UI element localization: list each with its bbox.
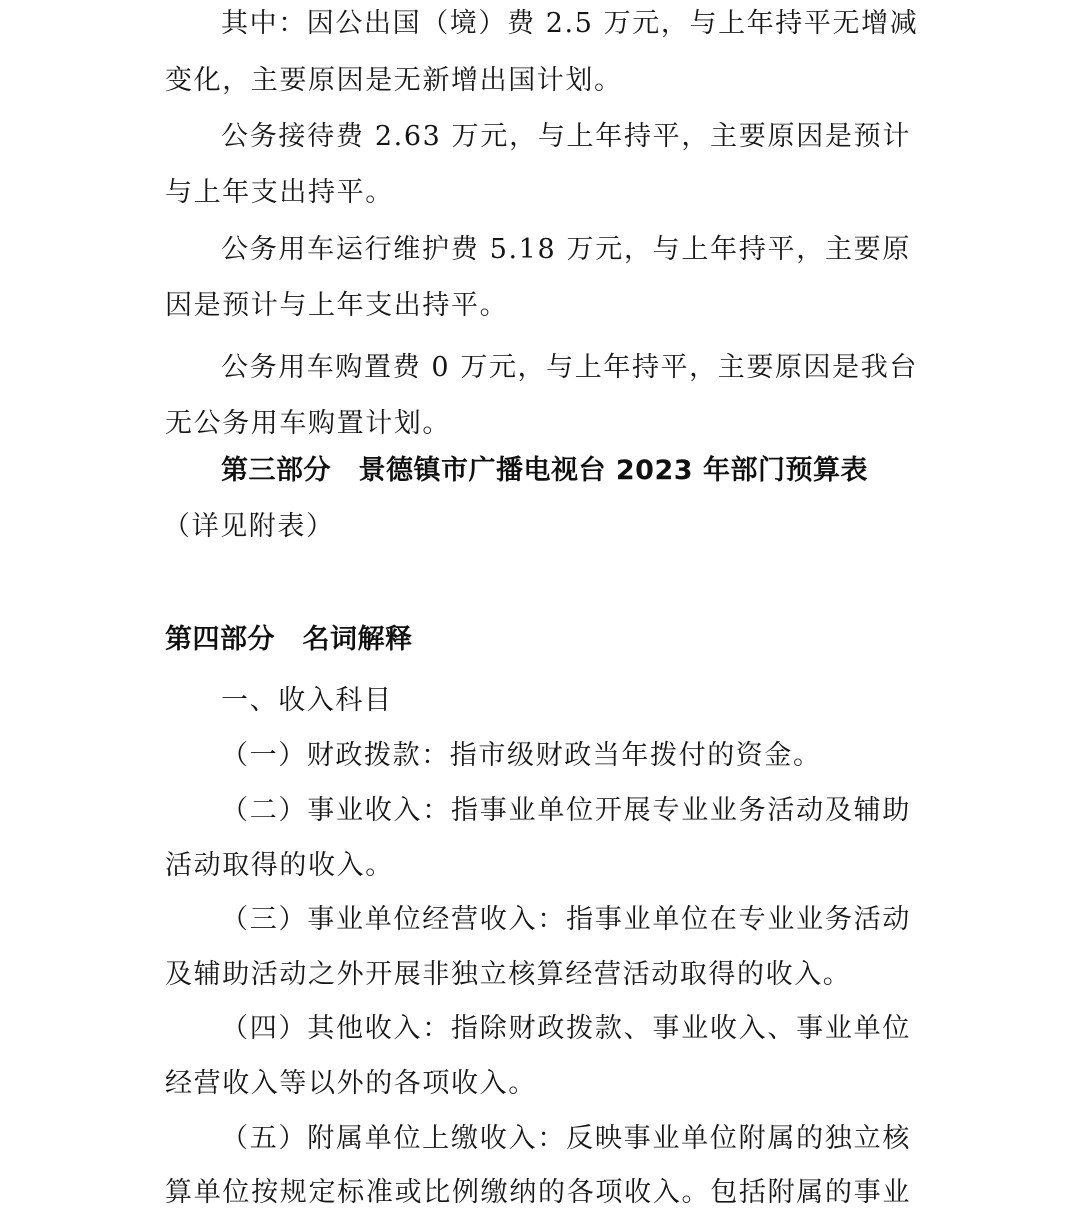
paragraph-vehicle-maintenance-line-1: 公务用车运行维护费 5.18 万元，与上年持平，主要原 [165,230,911,270]
item-operating-income-line-1: （三）事业单位经营收入：指事业单位在专业业务活动 [221,900,911,940]
part3-heading: 第三部分 景德镇市广播电视台 2023 年部门预算表 [221,451,868,491]
paragraph-reception-line-2: 与上年支出持平。 [165,173,394,213]
item-business-income-line-1: （二）事业收入：指事业单位开展专业业务活动及辅助 [221,791,911,831]
part4-heading: 第四部分 名词解释 [165,620,413,660]
item-other-income-line-1: （四）其他收入：指除财政拨款、事业收入、事业单位 [221,1009,911,1049]
paragraph-vehicle-purchase-line-2: 无公务用车购置计划。 [165,404,451,444]
item-affiliated-income-line-2: 算单位按规定标准或比例缴纳的各项收入。包括附属的事业 [165,1173,911,1208]
paragraph-vehicle-purchase-line-1: 公务用车购置费 0 万元，与上年持平，主要原因是我台 [165,348,911,388]
part3-note: （详见附表） [163,507,335,547]
item-affiliated-income-line-1: （五）附属单位上缴收入：反映事业单位附属的独立核 [221,1119,911,1159]
paragraph-outbound-travel-line-2: 变化，主要原因是无新增出国计划。 [165,61,623,101]
section-income-subjects: 一、收入科目 [221,681,393,721]
document-page: 其中：因公出国（境）费 2.5 万元，与上年持平无增减 变化，主要原因是无新增出… [0,0,1074,1208]
item-operating-income-line-2: 及辅助活动之外开展非独立核算经营活动取得的收入。 [165,955,851,995]
item-fiscal-appropriation: （一）财政拨款：指市级财政当年拨付的资金。 [221,736,822,776]
item-other-income-line-2: 经营收入等以外的各项收入。 [165,1064,537,1104]
paragraph-vehicle-maintenance-line-2: 因是预计与上年支出持平。 [165,286,508,326]
paragraph-outbound-travel-line-1: 其中：因公出国（境）费 2.5 万元，与上年持平无增减 [165,4,911,44]
item-business-income-line-2: 活动取得的收入。 [165,846,394,886]
paragraph-reception-line-1: 公务接待费 2.63 万元，与上年持平，主要原因是预计 [165,117,911,157]
